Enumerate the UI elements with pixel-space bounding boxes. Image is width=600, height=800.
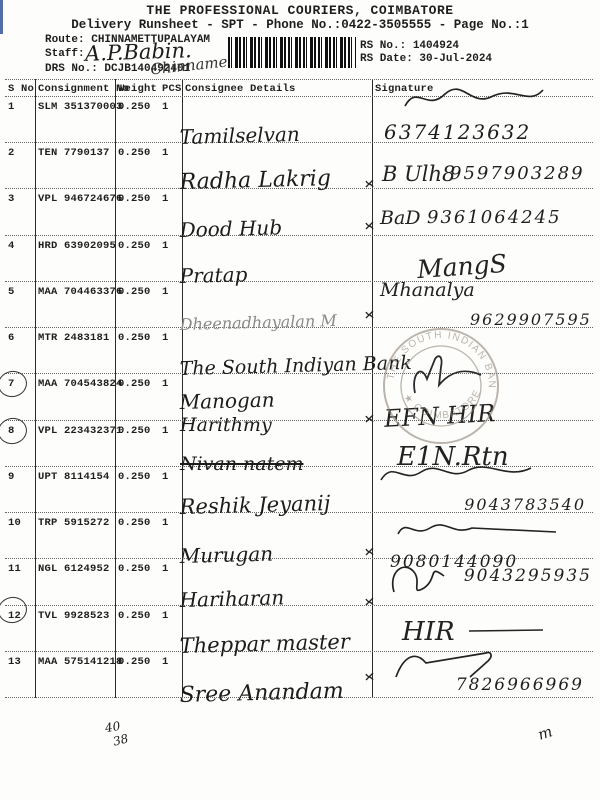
signature-cell: 7826966969 <box>372 651 598 697</box>
consignment-no: TRP 5915272 <box>38 517 110 529</box>
table-row: 9 UPT 8114154 0.250 1 Reshik Jeyanij 904… <box>5 466 593 513</box>
consignment-no: UPT 8114154 <box>38 471 110 483</box>
signature-scribble <box>392 516 562 542</box>
table-row: 12 TVL 9928523 0.250 1 Theppar master HI… <box>5 605 593 652</box>
serial-no: 4 <box>8 240 15 252</box>
signature-scribble <box>397 82 547 114</box>
stamp-inner-signature <box>405 345 495 405</box>
signature-cell: B Ulh8 9597903289 <box>372 142 598 188</box>
pen-tick <box>364 309 376 321</box>
table-row: 11 NGL 6124952 0.250 1 Hariharan 9043295… <box>5 558 593 606</box>
pen-circle <box>0 415 29 446</box>
rs-date-line: RS Date: 30-Jul-2024 <box>360 53 492 65</box>
drs-label: DRS No.: <box>45 63 98 75</box>
rs-date-label: RS Date: <box>360 53 413 65</box>
signature-scribble <box>377 458 537 488</box>
serial-no: 13 <box>8 656 21 668</box>
serial-no: 5 <box>8 286 15 298</box>
serial-no: 9 <box>8 471 15 483</box>
weight: 0.250 <box>118 517 151 529</box>
consignment-no: MAA 575141218 <box>38 656 123 668</box>
pcs: 1 <box>162 610 169 622</box>
consignee-handwritten: Harithmy <box>180 414 272 436</box>
rs-no-label: RS No.: <box>360 40 406 52</box>
table-row: 2 TEN 7790137 0.250 1 Radha Lakrig B Ulh… <box>5 142 593 189</box>
serial-no: 7 <box>8 378 15 390</box>
signature-cell: 9080144090 <box>372 512 598 558</box>
page-subtitle: Delivery Runsheet - SPT - Phone No.:0422… <box>0 18 600 32</box>
weight: 0.250 <box>118 101 151 113</box>
table-row: 6 MTR 2483181 0.250 1 The South Indiyan … <box>5 327 593 374</box>
weight: 0.250 <box>118 147 151 159</box>
serial-no: 8 <box>8 425 15 437</box>
signature-cell: MangS <box>372 235 598 281</box>
col-sno: S No <box>8 83 34 95</box>
table-row: 10 TRP 5915272 0.250 1 Murugan 908014409… <box>5 512 593 559</box>
signature-cell: 6374123632 <box>372 96 598 142</box>
weight: 0.250 <box>118 563 151 575</box>
signature-cell: 9043783540 <box>372 466 598 512</box>
signature-dash <box>467 627 547 635</box>
pcs: 1 <box>162 517 169 529</box>
pen-tick <box>364 220 376 232</box>
weight: 0.250 <box>118 286 151 298</box>
page-title: THE PROFESSIONAL COURIERS, COIMBATORE <box>0 3 600 18</box>
signature-cell: HIR <box>372 605 598 651</box>
serial-no: 12 <box>8 610 21 622</box>
signature-handwritten: BaD <box>380 207 421 229</box>
col-consignment: Consignment No <box>38 83 129 95</box>
serial-no: 2 <box>8 147 15 159</box>
serial-no: 1 <box>8 101 15 113</box>
pcs: 1 <box>162 193 169 205</box>
delivery-runsheet-scan: THE PROFESSIONAL COURIERS, COIMBATORE De… <box>0 0 600 800</box>
phone-handwritten: 9043295935 <box>464 566 592 586</box>
consignment-no: VPL 223432371 <box>38 425 123 437</box>
phone-handwritten: 9361064245 <box>427 207 562 228</box>
consignment-no: MTR 2483181 <box>38 332 110 344</box>
consignment-no: MAA 704543824 <box>38 378 123 390</box>
pcs: 1 <box>162 378 169 390</box>
pen-circle <box>0 368 29 399</box>
table-row: 4 HRD 63902095 0.250 1 Pratap MangS <box>5 235 593 282</box>
staff-label: Staff: <box>45 48 85 60</box>
phone-handwritten: 9597903289 <box>450 163 585 184</box>
consignment-no: SLM 351370003 <box>38 101 123 113</box>
rs-date-value: 30-Jul-2024 <box>419 53 492 65</box>
table-row: 7 MAA 704543824 0.250 1 Manogan EFN HIR <box>5 373 593 421</box>
col-weight: Weight <box>118 83 157 95</box>
weight: 0.250 <box>118 610 151 622</box>
pcs: 1 <box>162 425 169 437</box>
consignment-no: NGL 6124952 <box>38 563 110 575</box>
pcs: 1 <box>162 332 169 344</box>
phone-handwritten: 6374123632 <box>384 120 531 144</box>
table-row: 13 MAA 575141218 0.250 1 Sree Anandam 78… <box>5 651 593 698</box>
consignment-no: VPL 946724676 <box>38 193 123 205</box>
pcs: 1 <box>162 147 169 159</box>
serial-no: 11 <box>8 563 21 575</box>
pcs: 1 <box>162 240 169 252</box>
weight: 0.250 <box>118 425 151 437</box>
bottom-right-mark: m <box>536 722 555 744</box>
table-row: 1 SLM 351370003 0.250 1 Tamilselvan 6374… <box>5 96 593 143</box>
weight: 0.250 <box>118 471 151 483</box>
serial-no: 6 <box>8 332 15 344</box>
bottom-left-mark-bottom: 38 <box>112 731 130 748</box>
consignee-handwritten: Sree Anandam <box>179 679 344 708</box>
table-row: 5 MAA 704463376 0.250 1 Dheenadhayalan M… <box>5 281 593 328</box>
consignee-handwritten: Manogan <box>179 388 275 414</box>
pcs: 1 <box>162 286 169 298</box>
pen-tick <box>364 671 376 683</box>
weight: 0.250 <box>118 193 151 205</box>
signature-handwritten: B Ulh8 <box>382 162 455 186</box>
weight: 0.250 <box>118 378 151 390</box>
consignment-no: MAA 704463376 <box>38 286 123 298</box>
barcode <box>228 37 356 68</box>
signature-cell: Mhanalya 9629907595 <box>372 281 598 327</box>
weight: 0.250 <box>118 332 151 344</box>
signature-handwritten: Mhanalya <box>380 279 475 301</box>
rs-no-line: RS No.: 1404924 <box>360 40 459 52</box>
table-row: 3 VPL 946724676 0.250 1 Dood Hub BaD 936… <box>5 188 593 236</box>
route-label: Route: <box>45 34 85 46</box>
weight: 0.250 <box>118 656 151 668</box>
signature-handwritten: HIR <box>402 617 455 647</box>
serial-no: 3 <box>8 193 15 205</box>
consignment-no: TEN 7790137 <box>38 147 110 159</box>
pcs: 1 <box>162 471 169 483</box>
pcs: 1 <box>162 101 169 113</box>
pcs: 1 <box>162 656 169 668</box>
col-consignee: Consignee Details <box>185 83 296 95</box>
serial-no: 10 <box>8 517 21 529</box>
col-pcs: PCS <box>162 83 182 95</box>
rs-no-value: 1404924 <box>413 40 459 52</box>
consignment-no: TVL 9928523 <box>38 610 110 622</box>
signature-cell: BaD 9361064245 <box>372 188 598 235</box>
pcs: 1 <box>162 563 169 575</box>
signature-scribble <box>384 558 464 600</box>
weight: 0.250 <box>118 240 151 252</box>
signature-cell: 9043295935 <box>372 558 598 605</box>
pen-tick <box>364 546 376 558</box>
phone-handwritten: 7826966969 <box>456 675 584 695</box>
consignment-no: HRD 63902095 <box>38 240 116 252</box>
